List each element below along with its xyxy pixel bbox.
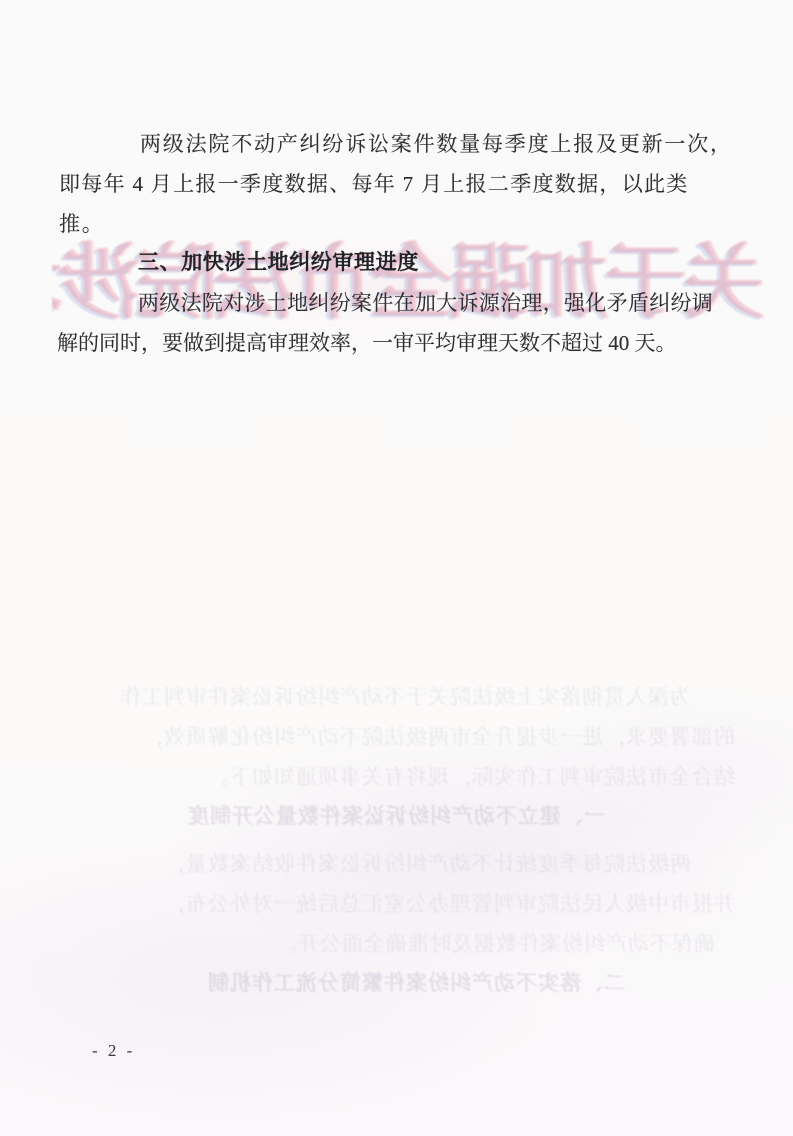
- page-number: - 2 -: [92, 1041, 135, 1061]
- bleedthrough-heading-line: 一、建立不动产纠纷诉讼案件数量公开制度: [187, 804, 735, 830]
- bleedthrough-line: 并报市中级人民法院审判管理办公室汇总后统一对外公布，: [163, 891, 735, 917]
- paragraph1-line1: 两级法院不动产纠纷诉讼案件数量每季度上报及更新一次，: [140, 131, 733, 157]
- bleedthrough-line: 确保不动产纠纷案件数据及时准确全面公开。: [275, 931, 735, 957]
- paragraph2-line2: 解的同时，要做到提高审理效率，一审平均审理天数不超过 40 天。: [57, 330, 677, 356]
- bleedthrough-title-mirrored: 关于加强全市法院涉地: [52, 234, 764, 334]
- paragraph1-line2: 即每年 4 月上报一季度数据、每年 7 月上报二季度数据，以此类: [59, 171, 689, 197]
- bleedthrough-line: 两级法院每季度统计不动产纠纷诉讼案件收结案数量，: [163, 851, 735, 877]
- bleedthrough-heading-line: 二、落实不动产纠纷案件繁简分流工作机制: [207, 971, 735, 997]
- bleedthrough-line: 结合全市法院审判工作实际，现将有关事项通知如下。: [207, 764, 735, 790]
- bleedthrough-line: 为深入贯彻落实上级法院关于不动产纠纷诉讼案件审判工作: [119, 684, 735, 710]
- scanned-document-page: 关于加强全市法院涉地 两级法院不动产纠纷诉讼案件数量每季度上报及更新一次， 即每…: [0, 0, 793, 1136]
- section-heading-3: 三、加快涉土地纠纷审理进度: [138, 250, 419, 276]
- bleedthrough-text-block: 为深入贯彻落实上级法院关于不动产纠纷诉讼案件审判工作 的部署要求，进一步提升全市…: [83, 675, 735, 1005]
- paragraph2-line1: 两级法院对涉土地纠纷案件在加大诉源治理，强化矛盾纠纷调: [138, 290, 713, 316]
- paragraph1-line3: 推。: [59, 211, 105, 237]
- bleedthrough-line: 的部署要求，进一步提升全市两级法院不动产纠纷化解质效，: [141, 724, 735, 750]
